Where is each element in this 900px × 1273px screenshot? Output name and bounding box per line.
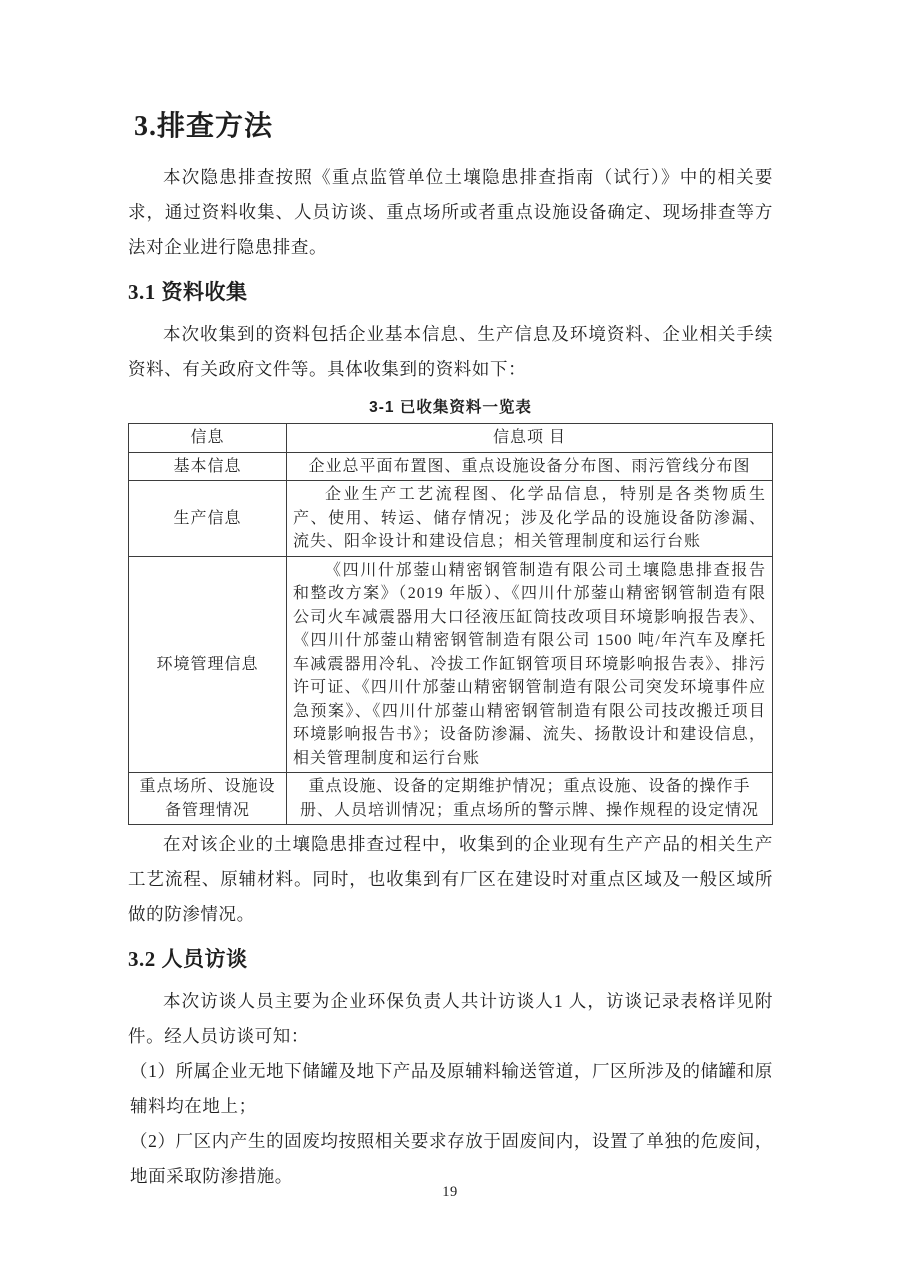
interview-finding-1: （1）所属企业无地下储罐及地下产品及原辅料输送管道，厂区所涉及的储罐和原辅料均在…	[128, 1054, 773, 1124]
section-heading-3: 3.排查方法	[134, 110, 773, 144]
row-content: 企业总平面布置图、重点设施设备分布图、雨污管线分布图	[287, 452, 773, 481]
document-page: 3.排查方法 本次隐患排查按照《重点监管单位土壤隐患排查指南（试行）》中的相关要…	[0, 0, 900, 1273]
section-heading-3-1: 3.1 资料收集	[128, 277, 773, 307]
row-content: 重点设施、设备的定期维护情况；重点设施、设备的操作手册、人员培训情况；重点场所的…	[287, 773, 773, 825]
section-heading-3-2: 3.2 人员访谈	[128, 944, 773, 974]
table-row-production-info: 生产信息 企业生产工艺流程图、化学品信息，特别是各类物质生产、使用、转运、储存情…	[129, 481, 773, 557]
table-header-info: 信息	[129, 424, 287, 453]
row-content: 企业生产工艺流程图、化学品信息，特别是各类物质生产、使用、转运、储存情况；涉及化…	[287, 481, 773, 557]
row-label: 重点场所、设施设备管理情况	[129, 773, 287, 825]
interview-paragraph: 本次访谈人员主要为企业环保负责人共计访谈人1 人，访谈记录表格详见附件。经人员访…	[128, 984, 773, 1054]
page-number: 19	[0, 1184, 900, 1201]
table-row-env-management-info: 环境管理信息 《四川什邡蓥山精密钢管制造有限公司土壤隐患排查报告和整改方案》（2…	[129, 556, 773, 773]
row-content: 《四川什邡蓥山精密钢管制造有限公司土壤隐患排查报告和整改方案》（2019 年版）…	[287, 556, 773, 773]
table-header-row: 信息 信息项 目	[129, 424, 773, 453]
table-row-key-sites-equipment: 重点场所、设施设备管理情况 重点设施、设备的定期维护情况；重点设施、设备的操作手…	[129, 773, 773, 825]
collected-data-table: 信息 信息项 目 基本信息 企业总平面布置图、重点设施设备分布图、雨污管线分布图…	[128, 423, 773, 825]
data-collection-paragraph: 本次收集到的资料包括企业基本信息、生产信息及环境资料、企业相关手续资料、有关政府…	[128, 317, 773, 387]
row-label: 生产信息	[129, 481, 287, 557]
table-caption: 3-1 已收集资料一览表	[128, 395, 773, 417]
intro-paragraph: 本次隐患排查按照《重点监管单位土壤隐患排查指南（试行）》中的相关要求，通过资料收…	[128, 160, 773, 265]
post-table-paragraph: 在对该企业的土壤隐患排查过程中，收集到的企业现有生产产品的相关生产工艺流程、原辅…	[128, 827, 773, 932]
row-label: 基本信息	[129, 452, 287, 481]
page-content: 3.排查方法 本次隐患排查按照《重点监管单位土壤隐患排查指南（试行）》中的相关要…	[0, 0, 900, 1194]
row-label: 环境管理信息	[129, 556, 287, 773]
table-header-info-items: 信息项 目	[287, 424, 773, 453]
table-row-basic-info: 基本信息 企业总平面布置图、重点设施设备分布图、雨污管线分布图	[129, 452, 773, 481]
